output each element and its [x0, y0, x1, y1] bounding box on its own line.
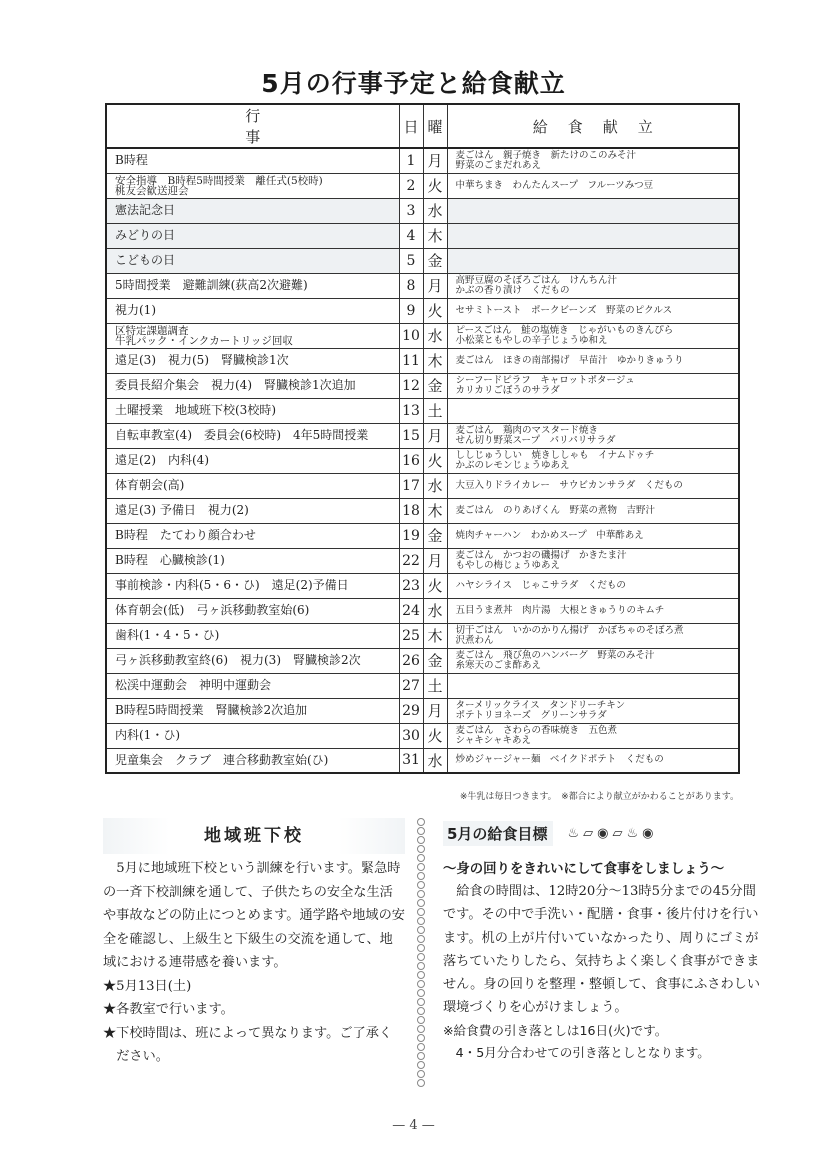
menu-cell: 麦ごはん ほきの南部揚げ 早苗汁 ゆかりきゅうり [447, 348, 739, 373]
divider-dot [417, 944, 425, 952]
menu-line: 小松菜ともやしの辛子じょうゆ和え [456, 336, 739, 346]
chiiki-title: 地域班下校 [103, 818, 405, 854]
table-row: 安全指導 B時程5時間授業 離任式(5校時)桃友会歓送迎会2火中華ちまき わんた… [106, 173, 739, 198]
day-cell: 4 [399, 223, 423, 248]
weekday-cell: 水 [423, 748, 447, 773]
day-cell: 18 [399, 498, 423, 523]
divider-dot [417, 836, 425, 844]
event-cell: 歯科(1・4・5・ひ) [106, 623, 399, 648]
pie-icon: ♨ [626, 826, 638, 841]
event-text: 遠足(2) 内科(4) [115, 455, 399, 466]
menu-cell: 麦ごはん 鶏肉のマスタード焼きせん切り野菜スープ パリパリサラダ [447, 423, 739, 448]
divider-dot [417, 962, 425, 970]
event-text: 弓ヶ浜移動教室終(6) 視力(3) 腎臓検診2次 [115, 655, 399, 666]
divider-dot [417, 854, 425, 862]
event-text: B時程 [115, 155, 399, 166]
weekday-cell: 金 [423, 523, 447, 548]
day-cell: 1 [399, 148, 423, 173]
menu-cell: ターメリックライス タンドリーチキンポテトリヨネーズ グリーンサラダ [447, 698, 739, 723]
chiiki-section: 地域班下校 5月に地域班下校という訓練を行います。緊急時の一斉下校訓練を通して、… [103, 818, 405, 1069]
schedule-table: 行事 日 曜 給食献立 B時程1月麦ごはん 親子焼き 新たけのこのみそ汁野菜のご… [105, 103, 740, 774]
footnote: ※牛乳は毎日つきます。 ※都合により献立がかわることがあります。 [460, 789, 739, 802]
divider-dot [417, 989, 425, 997]
weekday-cell: 金 [423, 248, 447, 273]
divider-dot [417, 953, 425, 961]
table-row: 児童集会 クラブ 連合移動教室始(ひ)31水炒めジャージャー麺 ベイクドポテト … [106, 748, 739, 773]
chiiki-paragraph: 5月に地域班下校という訓練を行います。緊急時の一斉下校訓練を通して、子供たちの安… [103, 857, 405, 975]
divider-dot [417, 845, 425, 853]
event-text: 5時間授業 避難訓練(荻高2次避難) [115, 280, 399, 291]
page-title: 5月の行事予定と給食献立 [0, 64, 827, 100]
table-row: 遠足(3) 視力(5) 腎臓検診1次11木麦ごはん ほきの南部揚げ 早苗汁 ゆか… [106, 348, 739, 373]
event-text: B時程 心臓検診(1) [115, 555, 399, 566]
menu-line: かぶの香り漬け くだもの [456, 286, 739, 296]
event-text: みどりの日 [115, 230, 399, 241]
event-text: 児童集会 クラブ 連合移動教室始(ひ) [115, 755, 399, 766]
weekday-cell: 土 [423, 673, 447, 698]
divider-dot [417, 890, 425, 898]
menu-cell: 麦ごはん 飛び魚のハンバーグ 野菜のみそ汁糸寒天のごま酢あえ [447, 648, 739, 673]
weekday-cell: 木 [423, 623, 447, 648]
menu-cell: 切干ごはん いかのかりん揚げ かぼちゃのそぼろ煮沢煮わん [447, 623, 739, 648]
menu-line: せん切り野菜スープ パリパリサラダ [456, 436, 739, 446]
menu-cell [447, 398, 739, 423]
event-text: 体育朝会(低) 弓ヶ浜移動教室始(6) [115, 605, 399, 616]
menu-line: 麦ごはん 飛び魚のハンバーグ 野菜のみそ汁 [456, 651, 739, 661]
divider-dot [417, 1079, 425, 1087]
menu-line: シーフードピラフ キャロットポタージュ [456, 376, 739, 386]
weekday-cell: 水 [423, 198, 447, 223]
menu-cell: 麦ごはん 親子焼き 新たけのこのみそ汁野菜のごまだれあえ [447, 148, 739, 173]
divider-dot [417, 1043, 425, 1051]
menu-line: かぶのレモンじょうゆあえ [456, 461, 739, 471]
table-row: こどもの日5金 [106, 248, 739, 273]
event-cell: 松渓中運動会 神明中運動会 [106, 673, 399, 698]
menu-cell: 中華ちまき わんたんスープ フルーツみつ豆 [447, 173, 739, 198]
day-cell: 17 [399, 473, 423, 498]
table-body: B時程1月麦ごはん 親子焼き 新たけのこのみそ汁野菜のごまだれあえ安全指導 B時… [106, 148, 739, 773]
menu-line: 焼肉チャーハン わかめスープ 中華酢あえ [456, 531, 739, 541]
kyushoku-paragraph: 給食の時間は、12時20分～13時5分までの45分間です。その中で手洗い・配膳・… [443, 880, 761, 1020]
kyushoku-note-payment: ※給食費の引き落としは16日(火)です。 [443, 1020, 761, 1042]
table-row: 遠足(2) 内科(4)16火ししじゅうしい 焼きししゃも イナムドゥチかぶのレモ… [106, 448, 739, 473]
divider-dot [417, 908, 425, 916]
weekday-cell: 金 [423, 373, 447, 398]
table-row: B時程1月麦ごはん 親子焼き 新たけのこのみそ汁野菜のごまだれあえ [106, 148, 739, 173]
event-cell: 憲法記念日 [106, 198, 399, 223]
menu-cell: 大豆入りドライカレー サウビカンサラダ くだもの [447, 473, 739, 498]
table-row: 歯科(1・4・5・ひ)25木切干ごはん いかのかりん揚げ かぼちゃのそぼろ煮沢煮… [106, 623, 739, 648]
event-cell: 自転車教室(4) 委員会(6校時) 4年5時間授業 [106, 423, 399, 448]
day-cell: 15 [399, 423, 423, 448]
event-cell: こどもの日 [106, 248, 399, 273]
menu-line: 麦ごはん かつおの磯揚げ かきたま汁 [456, 551, 739, 561]
menu-cell [447, 223, 739, 248]
divider-dot [417, 899, 425, 907]
header-menu: 給食献立 [447, 104, 739, 148]
weekday-cell: 金 [423, 648, 447, 673]
day-cell: 2 [399, 173, 423, 198]
weekday-cell: 木 [423, 498, 447, 523]
menu-line: 中華ちまき わんたんスープ フルーツみつ豆 [456, 181, 739, 191]
fried-egg-icon: ◉ [597, 826, 608, 841]
pie-icon: ♨ [567, 826, 579, 841]
event-text: 松渓中運動会 神明中運動会 [115, 680, 399, 691]
kyushoku-section: 5月の給食目標 ♨ ▱ ◉ ▱ ♨ ◉ ～身の回りをきれいにして食事をしましょう… [443, 818, 761, 1064]
menu-line: 麦ごはん 鶏肉のマスタード焼き [456, 426, 739, 436]
table-row: 体育朝会(低) 弓ヶ浜移動教室始(6)24水五目うま煮丼 肉片湯 大根ときゅうり… [106, 598, 739, 623]
header-weekday: 曜 [423, 104, 447, 148]
menu-line: ターメリックライス タンドリーチキン [456, 701, 739, 711]
weekday-cell: 火 [423, 573, 447, 598]
event-text: 自転車教室(4) 委員会(6校時) 4年5時間授業 [115, 430, 399, 441]
event-cell: 事前検診・内科(5・6・ひ) 遠足(2)予備日 [106, 573, 399, 598]
food-icons: ♨ ▱ ◉ ▱ ♨ ◉ [567, 826, 653, 841]
header-day: 日 [399, 104, 423, 148]
divider-dot [417, 872, 425, 880]
event-cell: 遠足(2) 内科(4) [106, 448, 399, 473]
event-text: 遠足(3) 視力(5) 腎臓検診1次 [115, 355, 399, 366]
fried-egg-icon: ◉ [642, 826, 653, 841]
divider-dot [417, 1025, 425, 1033]
event-text: 憲法記念日 [115, 205, 399, 216]
event-text: 視力(1) [115, 305, 399, 316]
menu-cell [447, 673, 739, 698]
menu-cell: 高野豆腐のそぼろごはん けんちん汁かぶの香り漬け くだもの [447, 273, 739, 298]
weekday-cell: 月 [423, 148, 447, 173]
event-cell: 安全指導 B時程5時間授業 離任式(5校時)桃友会歓送迎会 [106, 173, 399, 198]
day-cell: 23 [399, 573, 423, 598]
table-row: 体育朝会(高)17水大豆入りドライカレー サウビカンサラダ くだもの [106, 473, 739, 498]
table-row: 土曜授業 地域班下校(3校時)13土 [106, 398, 739, 423]
menu-line: ししじゅうしい 焼きししゃも イナムドゥチ [456, 451, 739, 461]
event-text: B時程 たてわり顔合わせ [115, 530, 399, 541]
event-cell: B時程 たてわり顔合わせ [106, 523, 399, 548]
divider-dot [417, 1061, 425, 1069]
event-text-2: 牛乳パック・インクカートリッジ回収 [115, 336, 399, 346]
menu-line: ポテトリヨネーズ グリーンサラダ [456, 711, 739, 721]
menu-cell: 麦ごはん のりあげくん 野菜の煮物 吉野汁 [447, 498, 739, 523]
menu-cell: セサミトースト ポークビーンズ 野菜のピクルス [447, 298, 739, 323]
divider-dot [417, 1016, 425, 1024]
menu-cell [447, 198, 739, 223]
divider-dot [417, 1007, 425, 1015]
event-cell: B時程5時間授業 腎臓検診2次追加 [106, 698, 399, 723]
event-text: 委員長紹介集会 視力(4) 腎臓検診1次追加 [115, 380, 399, 391]
divider-dot [417, 881, 425, 889]
chiiki-item-date: ★5月13日(土) [103, 975, 405, 999]
table-row: 自転車教室(4) 委員会(6校時) 4年5時間授業15月麦ごはん 鶏肉のマスター… [106, 423, 739, 448]
divider-dot [417, 980, 425, 988]
day-cell: 22 [399, 548, 423, 573]
event-cell: 遠足(3) 予備日 視力(2) [106, 498, 399, 523]
weekday-cell: 火 [423, 448, 447, 473]
event-text: 区特定課題調査 [115, 326, 399, 336]
event-cell: 委員長紹介集会 視力(4) 腎臓検診1次追加 [106, 373, 399, 398]
event-text: 土曜授業 地域班下校(3校時) [115, 405, 399, 416]
menu-line: 五目うま煮丼 肉片湯 大根ときゅうりのキムチ [456, 606, 739, 616]
header-event: 行事 [106, 104, 399, 148]
menu-cell [447, 248, 739, 273]
event-cell: 区特定課題調査牛乳パック・インクカートリッジ回収 [106, 323, 399, 348]
kyushoku-subtitle: ～身の回りをきれいにして食事をしましょう～ [443, 858, 761, 880]
table-row: 5時間授業 避難訓練(荻高2次避難)8月高野豆腐のそぼろごはん けんちん汁かぶの… [106, 273, 739, 298]
table-row: 憲法記念日3水 [106, 198, 739, 223]
event-cell: 遠足(3) 視力(5) 腎臓検診1次 [106, 348, 399, 373]
menu-line: ハヤシライス じゃこサラダ くだもの [456, 581, 739, 591]
divider-dot [417, 926, 425, 934]
bread-icon: ▱ [612, 826, 622, 841]
day-cell: 13 [399, 398, 423, 423]
event-cell: 土曜授業 地域班下校(3校時) [106, 398, 399, 423]
weekday-cell: 月 [423, 698, 447, 723]
weekday-cell: 木 [423, 348, 447, 373]
weekday-cell: 月 [423, 423, 447, 448]
dotted-divider [415, 818, 427, 1093]
table-row: B時程 心臓検診(1)22月麦ごはん かつおの磯揚げ かきたま汁もやしの梅じょう… [106, 548, 739, 573]
chiiki-item-time: ★下校時間は、班によって異なります。ご了承ください。 [103, 1022, 405, 1069]
event-text: 事前検診・内科(5・6・ひ) 遠足(2)予備日 [115, 580, 399, 591]
day-cell: 24 [399, 598, 423, 623]
table-row: 事前検診・内科(5・6・ひ) 遠足(2)予備日23火ハヤシライス じゃこサラダ … [106, 573, 739, 598]
day-cell: 12 [399, 373, 423, 398]
divider-dot [417, 863, 425, 871]
day-cell: 11 [399, 348, 423, 373]
menu-cell: 炒めジャージャー麺 ベイクドポテト くだもの [447, 748, 739, 773]
event-cell: 内科(1・ひ) [106, 723, 399, 748]
table-row: 委員長紹介集会 視力(4) 腎臓検診1次追加12金シーフードピラフ キャロットポ… [106, 373, 739, 398]
event-text: 安全指導 B時程5時間授業 離任式(5校時) [115, 176, 399, 186]
menu-line: 高野豆腐のそぼろごはん けんちん汁 [456, 276, 739, 286]
bread-icon: ▱ [583, 826, 593, 841]
menu-line: 糸寒天のごま酢あえ [456, 661, 739, 671]
table-row: 弓ヶ浜移動教室終(6) 視力(3) 腎臓検診2次26金麦ごはん 飛び魚のハンバー… [106, 648, 739, 673]
divider-dot [417, 971, 425, 979]
event-cell: 5時間授業 避難訓練(荻高2次避難) [106, 273, 399, 298]
event-text: 内科(1・ひ) [115, 730, 399, 741]
divider-dot [417, 1070, 425, 1078]
weekday-cell: 火 [423, 298, 447, 323]
menu-cell: ハヤシライス じゃこサラダ くだもの [447, 573, 739, 598]
menu-line: 大豆入りドライカレー サウビカンサラダ くだもの [456, 481, 739, 491]
menu-cell: 麦ごはん かつおの磯揚げ かきたま汁もやしの梅じょうゆあえ [447, 548, 739, 573]
menu-line: 炒めジャージャー麺 ベイクドポテト くだもの [456, 755, 739, 765]
weekday-cell: 水 [423, 323, 447, 348]
menu-cell: シーフードピラフ キャロットポタージュカリカリごぼうのサラダ [447, 373, 739, 398]
event-text: 遠足(3) 予備日 視力(2) [115, 505, 399, 516]
menu-line: 麦ごはん ほきの南部揚げ 早苗汁 ゆかりきゅうり [456, 356, 739, 366]
day-cell: 25 [399, 623, 423, 648]
divider-dot [417, 935, 425, 943]
menu-cell: 焼肉チャーハン わかめスープ 中華酢あえ [447, 523, 739, 548]
weekday-cell: 土 [423, 398, 447, 423]
weekday-cell: 火 [423, 723, 447, 748]
weekday-cell: 水 [423, 473, 447, 498]
kyushoku-note-combined: 4・5月分合わせての引き落としとなります。 [443, 1042, 761, 1064]
weekday-cell: 月 [423, 273, 447, 298]
menu-line: もやしの梅じょうゆあえ [456, 561, 739, 571]
weekday-cell: 火 [423, 173, 447, 198]
table-row: 遠足(3) 予備日 視力(2)18木麦ごはん のりあげくん 野菜の煮物 吉野汁 [106, 498, 739, 523]
menu-cell: 麦ごはん さわらの香味焼き 五色煮シャキシャキあえ [447, 723, 739, 748]
table-row: 内科(1・ひ)30火麦ごはん さわらの香味焼き 五色煮シャキシャキあえ [106, 723, 739, 748]
menu-line: 野菜のごまだれあえ [456, 161, 739, 171]
event-cell: 体育朝会(低) 弓ヶ浜移動教室始(6) [106, 598, 399, 623]
menu-cell: ピースごはん 鮭の塩焼き じゃがいものきんぴら小松菜ともやしの辛子じょうゆ和え [447, 323, 739, 348]
divider-dot [417, 998, 425, 1006]
table-row: B時程5時間授業 腎臓検診2次追加29月ターメリックライス タンドリーチキンポテ… [106, 698, 739, 723]
menu-line: カリカリごぼうのサラダ [456, 386, 739, 396]
event-text: 歯科(1・4・5・ひ) [115, 630, 399, 641]
menu-line: セサミトースト ポークビーンズ 野菜のピクルス [456, 306, 739, 316]
menu-line: シャキシャキあえ [456, 736, 739, 746]
event-cell: B時程 [106, 148, 399, 173]
event-cell: 体育朝会(高) [106, 473, 399, 498]
day-cell: 5 [399, 248, 423, 273]
day-cell: 29 [399, 698, 423, 723]
table-header-row: 行事 日 曜 給食献立 [106, 104, 739, 148]
menu-line: 麦ごはん のりあげくん 野菜の煮物 吉野汁 [456, 506, 739, 516]
day-cell: 30 [399, 723, 423, 748]
event-text-2: 桃友会歓送迎会 [115, 186, 399, 196]
divider-dot [417, 818, 425, 826]
divider-dot [417, 827, 425, 835]
weekday-cell: 月 [423, 548, 447, 573]
day-cell: 8 [399, 273, 423, 298]
event-cell: 視力(1) [106, 298, 399, 323]
page-number: — 4 — [0, 1118, 827, 1133]
event-text: B時程5時間授業 腎臓検診2次追加 [115, 705, 399, 716]
divider-dot [417, 917, 425, 925]
table-row: みどりの日4木 [106, 223, 739, 248]
day-cell: 16 [399, 448, 423, 473]
event-text: こどもの日 [115, 255, 399, 266]
table-row: 区特定課題調査牛乳パック・インクカートリッジ回収10水ピースごはん 鮭の塩焼き … [106, 323, 739, 348]
day-cell: 31 [399, 748, 423, 773]
menu-line: 沢煮わん [456, 636, 739, 646]
table-row: 松渓中運動会 神明中運動会27土 [106, 673, 739, 698]
event-cell: みどりの日 [106, 223, 399, 248]
day-cell: 10 [399, 323, 423, 348]
kyushoku-title: 5月の給食目標 [443, 821, 553, 846]
menu-cell: 五目うま煮丼 肉片湯 大根ときゅうりのキムチ [447, 598, 739, 623]
weekday-cell: 水 [423, 598, 447, 623]
event-cell: 児童集会 クラブ 連合移動教室始(ひ) [106, 748, 399, 773]
event-text: 体育朝会(高) [115, 480, 399, 491]
menu-cell: ししじゅうしい 焼きししゃも イナムドゥチかぶのレモンじょうゆあえ [447, 448, 739, 473]
menu-line: 切干ごはん いかのかりん揚げ かぼちゃのそぼろ煮 [456, 626, 739, 636]
day-cell: 3 [399, 198, 423, 223]
day-cell: 9 [399, 298, 423, 323]
menu-line: ピースごはん 鮭の塩焼き じゃがいものきんぴら [456, 326, 739, 336]
table-row: B時程 たてわり顔合わせ19金焼肉チャーハン わかめスープ 中華酢あえ [106, 523, 739, 548]
day-cell: 19 [399, 523, 423, 548]
weekday-cell: 木 [423, 223, 447, 248]
table-row: 視力(1)9火セサミトースト ポークビーンズ 野菜のピクルス [106, 298, 739, 323]
chiiki-item-place: ★各教室で行います。 [103, 998, 405, 1022]
divider-dot [417, 1052, 425, 1060]
day-cell: 27 [399, 673, 423, 698]
event-cell: B時程 心臓検診(1) [106, 548, 399, 573]
divider-dot [417, 1034, 425, 1042]
event-cell: 弓ヶ浜移動教室終(6) 視力(3) 腎臓検診2次 [106, 648, 399, 673]
day-cell: 26 [399, 648, 423, 673]
menu-line: 麦ごはん さわらの香味焼き 五色煮 [456, 726, 739, 736]
